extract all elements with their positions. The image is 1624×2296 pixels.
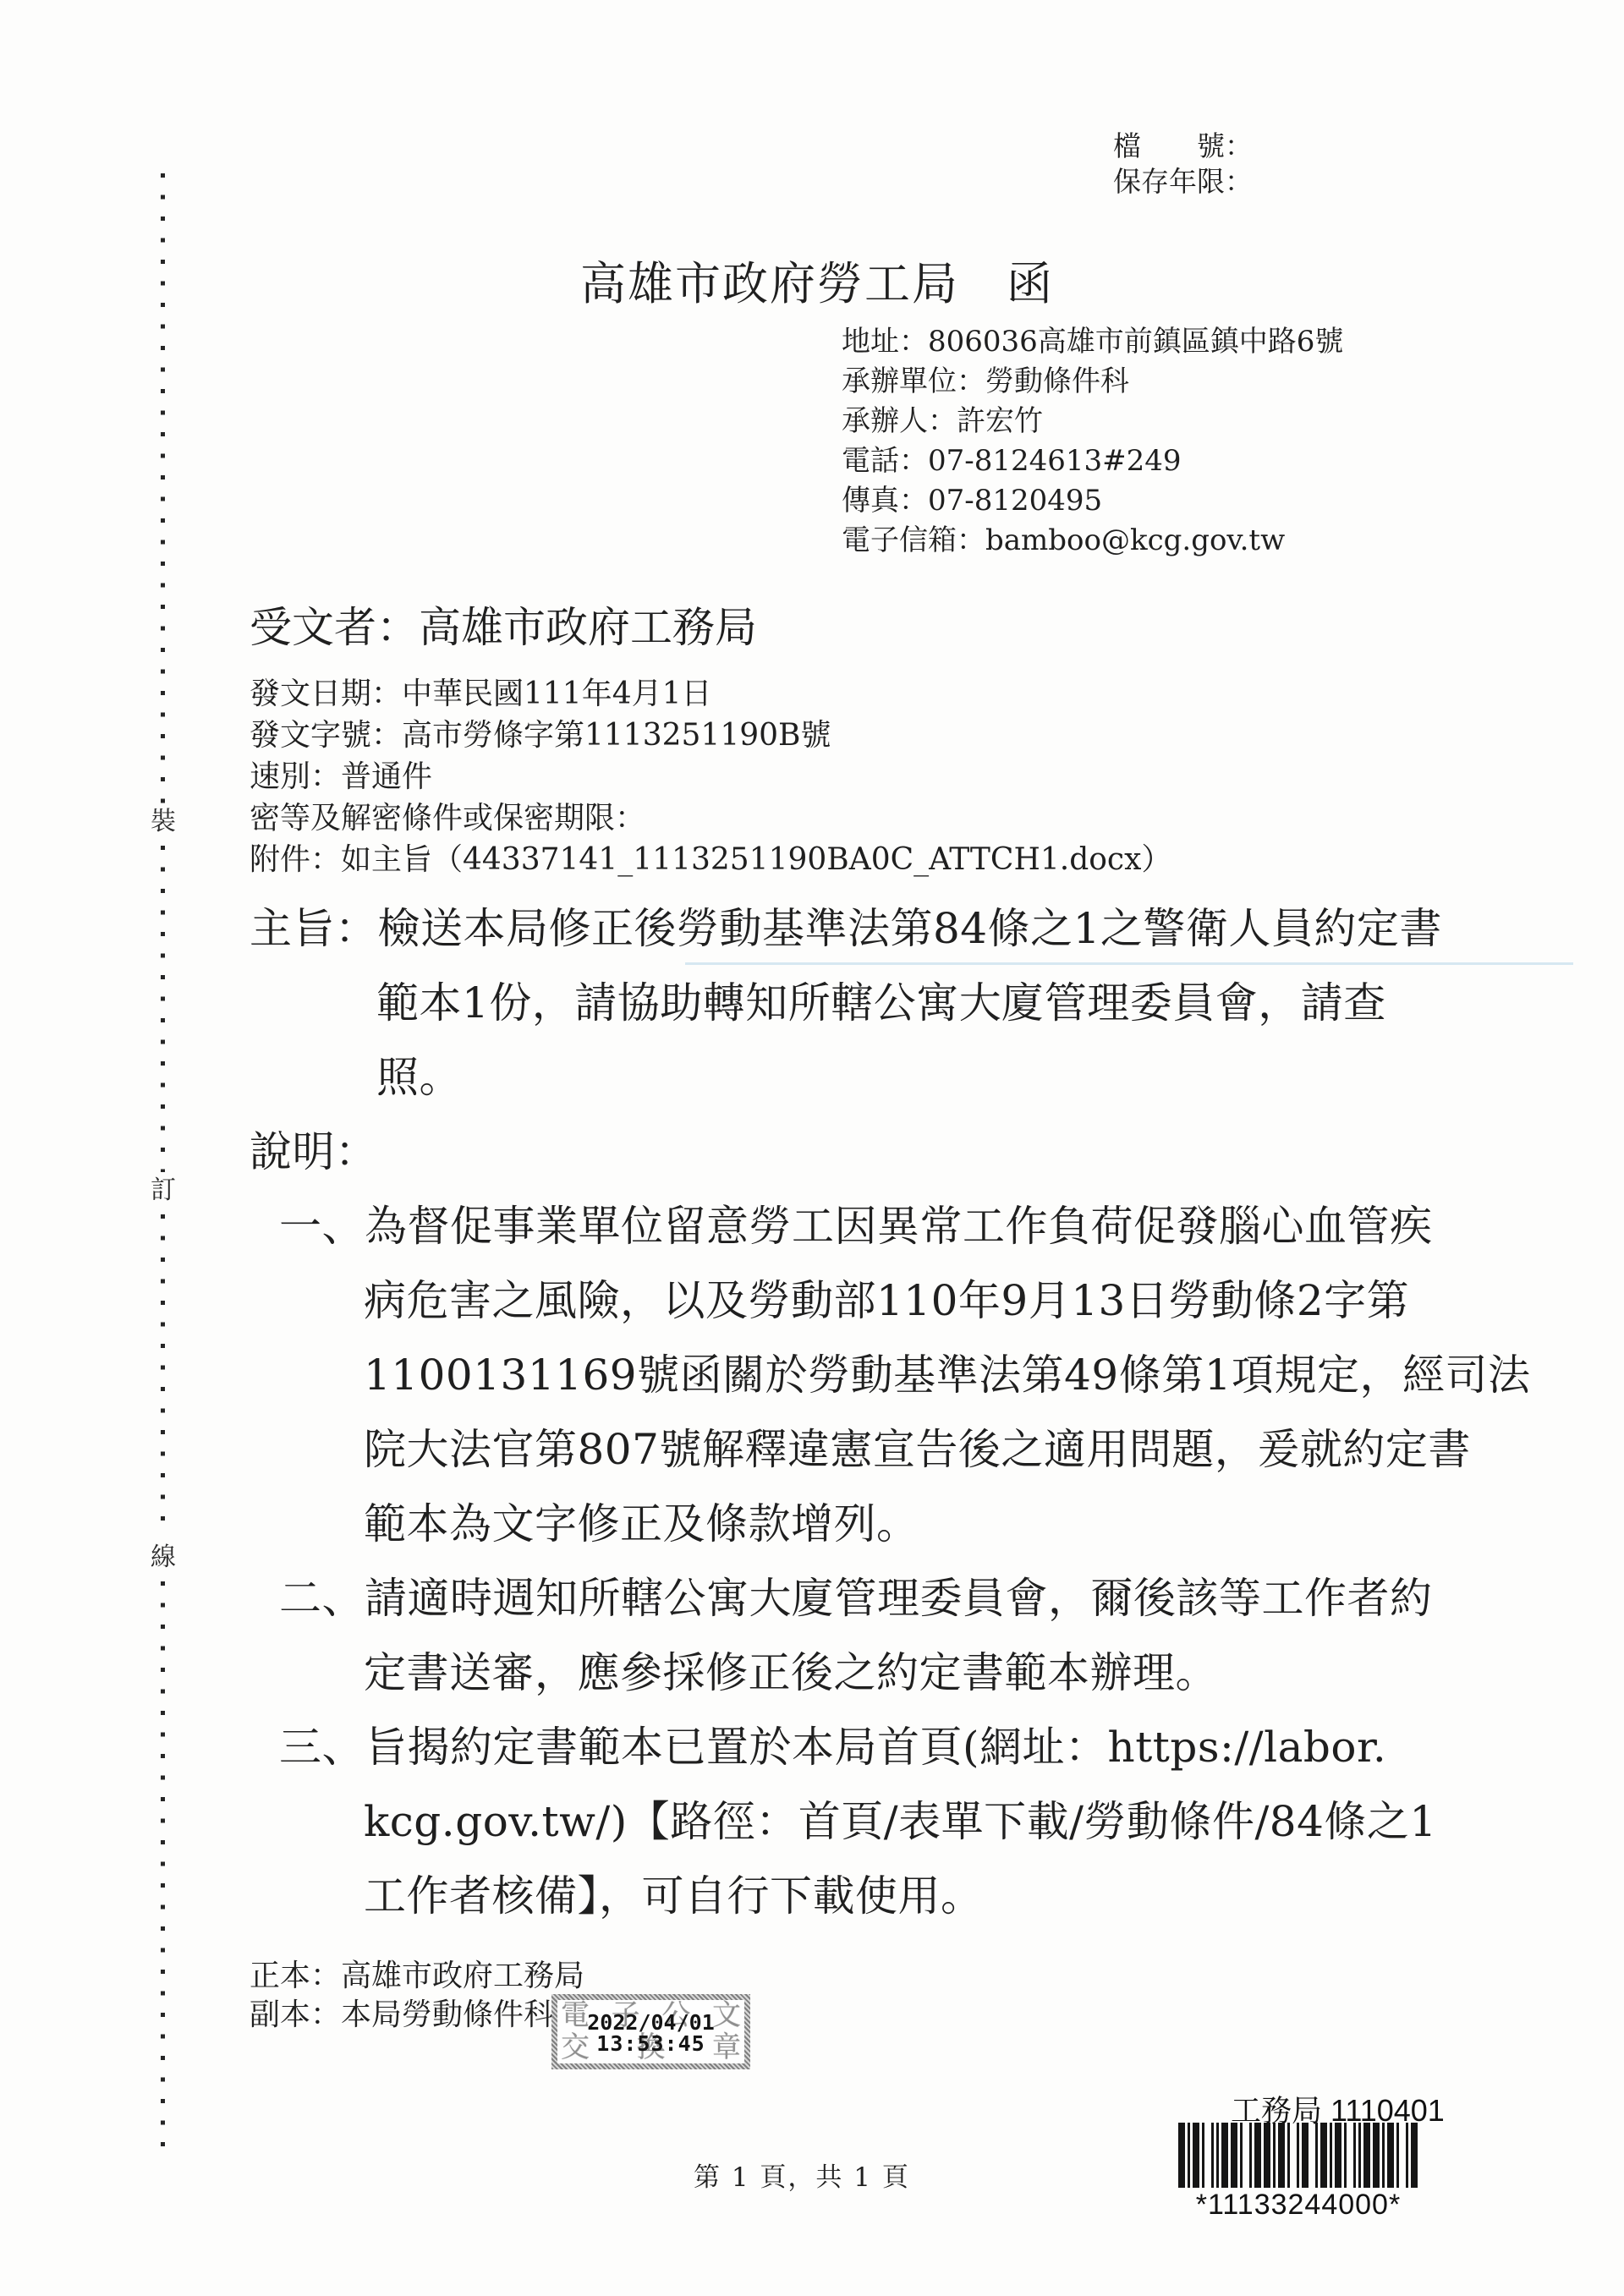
- binding-dots-segment: [161, 1214, 165, 1537]
- security-class-line: 密等及解密條件或保密期限：: [250, 797, 1171, 839]
- subject-line: 照。: [376, 1040, 1531, 1115]
- explanation-item-3: 三、旨揭約定書範本已置於本局首頁(網址：https://labor.: [279, 1710, 1531, 1784]
- issue-date-line: 發文日期：中華民國111年4月1日: [250, 673, 1171, 715]
- explanation-heading: 說明：: [250, 1115, 1531, 1189]
- scanned-official-letter: 裝 訂 線 檔 號： 保存年限： 高雄市政府勞工局 函 地址：806036高雄市…: [0, 0, 1624, 2296]
- document-meta-block: 發文日期：中華民國111年4月1日 發文字號：高市勞條字第1113251190B…: [250, 673, 1171, 880]
- copies-block: 正本：高雄市政府工務局 副本：本局勞動條件科: [250, 1957, 584, 2035]
- subject-line: 主旨：檢送本局修正後勞動基準法第84條之1之警衛人員約定書: [250, 891, 1531, 966]
- agency-phone: 電話：07-8124613#249: [842, 441, 1343, 481]
- doc-number-line: 發文字號：高市勞條字第1113251190B號: [250, 715, 1171, 756]
- agency-fax: 傳真：07-8120495: [842, 481, 1343, 521]
- explanation-item-3: 工作者核備】，可自行下載使用。: [364, 1859, 1531, 1933]
- binding-dots-segment: [161, 173, 165, 803]
- recipient-line: 受文者：高雄市政府工務局: [250, 594, 757, 655]
- binding-margin-char: 裝: [149, 800, 178, 837]
- explanation-item-1: 範本為文字修正及條款增列。: [364, 1487, 1531, 1561]
- thread-margin-char: 線: [149, 1536, 178, 1573]
- barcode-value: *11133244000*: [1178, 2189, 1418, 2222]
- attachment-line: 附件：如主旨（44337141_1113251190BA0C_ATTCH1.do…: [250, 839, 1171, 880]
- binding-dots-segment: [161, 846, 165, 1172]
- speed-class-line: 速別：普通件: [250, 756, 1171, 797]
- letter-body: 主旨：檢送本局修正後勞動基準法第84條之1之警衛人員約定書 範本1份，請協助轉知…: [250, 891, 1531, 1933]
- staple-margin-char: 訂: [149, 1169, 178, 1206]
- agency-address: 地址：806036高雄市前鎮區鎮中路6號: [842, 322, 1343, 362]
- subject-line: 範本1份，請協助轉知所轄公寓大廈管理委員會，請查: [376, 966, 1531, 1040]
- stamp-time: 13:53:45: [557, 2031, 744, 2056]
- agency-officer: 承辦人：許宏竹: [842, 402, 1343, 441]
- explanation-item-1: 病危害之風險，以及勞動部110年9月13日勞動條2字第: [364, 1263, 1531, 1338]
- agency-contact-block: 地址：806036高雄市前鎮區鎮中路6號 承辦單位：勞動條件科 承辦人：許宏竹 …: [842, 322, 1343, 561]
- explanation-item-1: 一、為督促事業單位留意勞工因異常工作負荷促發腦心血管疾: [279, 1189, 1531, 1263]
- document-title: 高雄市政府勞工局 函: [580, 248, 1054, 313]
- page-number: 第 1 頁，共 1 頁: [694, 2156, 910, 2194]
- explanation-item-2: 定書送審，應參採修正後之約定書範本辦理。: [364, 1636, 1531, 1710]
- copy-recipient-line: 副本：本局勞動條件科: [250, 1996, 584, 2035]
- agency-unit: 承辦單位：勞動條件科: [842, 362, 1343, 402]
- file-number-label: 檔 號：: [1113, 129, 1253, 164]
- barcode-bars: [1178, 2123, 1418, 2188]
- explanation-item-2: 二、請適時週知所轄公寓大廈管理委員會，爾後該等工作者約: [279, 1561, 1531, 1636]
- e-document-exchange-stamp: 電子公文 交換章 2022/04/01 13:53:45: [551, 1994, 750, 2069]
- explanation-item-1: 院大法官第807號解釋違憲宣告後之適用問題，爰就約定書: [364, 1412, 1531, 1487]
- retention-period-label: 保存年限：: [1113, 164, 1253, 200]
- agency-email: 電子信箱：bamboo@kcg.gov.tw: [842, 521, 1343, 561]
- file-number-block: 檔 號： 保存年限：: [1113, 129, 1253, 200]
- explanation-item-3: kcg.gov.tw/)【路徑：首頁/表單下載/勞動條件/84條之1: [364, 1784, 1531, 1859]
- binding-dots-segment: [161, 1581, 165, 2146]
- explanation-item-1: 1100131169號函關於勞動基準法第49條第1項規定，經司法: [364, 1338, 1531, 1412]
- original-recipient-line: 正本：高雄市政府工務局: [250, 1957, 584, 1996]
